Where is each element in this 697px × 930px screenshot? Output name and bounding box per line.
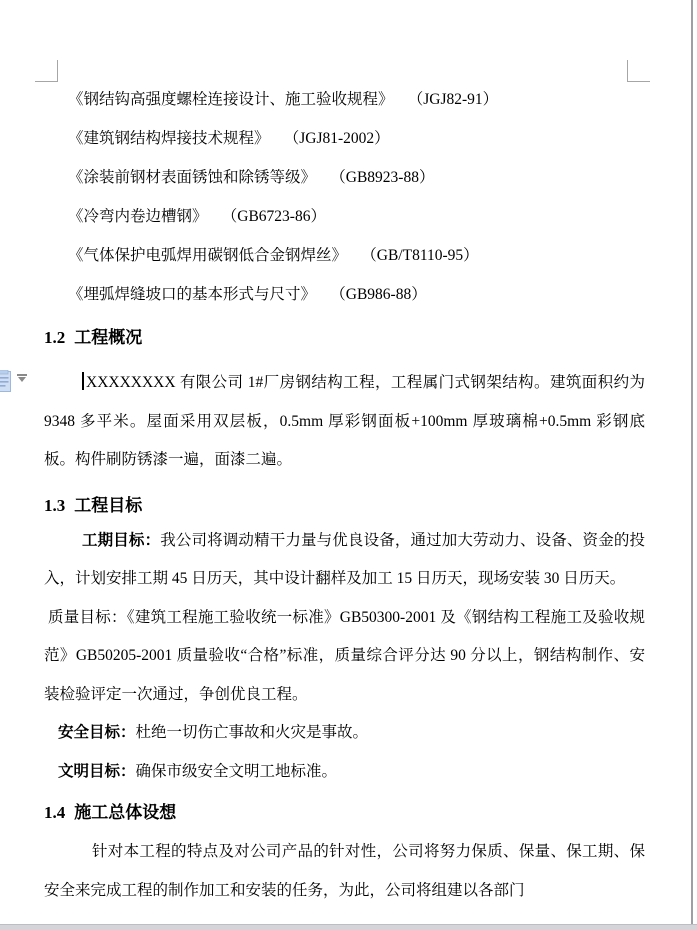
section-title: 施工总体设想 [74, 803, 176, 822]
paragraph-text: 针对本工程的特点及对公司产品的针对性，公司将努力保质、保量、保工期、保安全来完成… [44, 843, 645, 899]
section-number: 1.4 [44, 803, 65, 822]
standard-item: 《气体保护电弧焊用碳钢低合金钢焊丝》（GB/T8110-95） [68, 236, 645, 275]
section-heading-1-4: 1.4施工总体设想 [44, 797, 645, 829]
standard-code: （JGJ81-2002） [292, 130, 390, 147]
goal-safety: 安全目标：杜绝一切伤亡事故和火灾是事故。 [44, 714, 645, 753]
goal-label: 质量目标： [48, 609, 127, 626]
margin-crop-mark-right [627, 60, 650, 82]
standard-item: 《建筑钢结构焊接技术规程》（JGJ81-2002） [68, 119, 645, 158]
goal-civility: 文明目标：确保市级安全文明工地标准。 [44, 753, 645, 792]
section-title: 工程概况 [74, 328, 142, 347]
standard-title: 《涂装前钢材表面锈蚀和除锈等级》 [68, 169, 316, 186]
document-page: 《钢结钩高强度螺栓连接设计、施工验收规程》（JGJ82-91） 《建筑钢结构焊接… [0, 0, 697, 930]
standard-title: 《建筑钢结构焊接技术规程》 [68, 130, 270, 147]
goal-label: 安全目标： [58, 724, 136, 741]
standard-title: 《气体保护电弧焊用碳钢低合金钢焊丝》 [68, 247, 347, 264]
section-heading-1-3: 1.3工程目标 [44, 490, 645, 522]
goal-text: 杜绝一切伤亡事故和火灾是事故。 [136, 724, 369, 741]
paste-options-icon [0, 370, 14, 393]
page-right-border [691, 0, 693, 930]
window-bottom-edge [0, 924, 697, 930]
standard-title: 《冷弯内卷边槽钢》 [68, 208, 208, 225]
section-number: 1.2 [44, 328, 65, 347]
standard-code: （GB/T8110-95） [369, 247, 479, 264]
smart-tag-bar [17, 374, 27, 376]
standard-code: （GB8923-88） [338, 169, 434, 186]
standard-title: 《埋弧焊缝坡口的基本形式与尺寸》 [68, 286, 316, 303]
goal-text: 《建筑工程施工验收统一标准》GB50300-2001 及《钢结构工程施工及验收规… [44, 609, 645, 703]
goal-text: 确保市级安全文明工地标准。 [136, 763, 338, 780]
document-content: 《钢结钩高强度螺栓连接设计、施工验收规程》（JGJ82-91） 《建筑钢结构焊接… [44, 80, 645, 910]
standard-title: 《钢结钩高强度螺栓连接设计、施工验收规程》 [68, 91, 394, 108]
text-cursor [82, 372, 84, 390]
paragraph-text: XXXXXXXX 有限公司 1#厂房钢结构工程，工程属门式钢架结构。建筑面积约为… [44, 374, 645, 468]
goal-label: 工期目标： [82, 532, 160, 549]
goal-quality: 质量目标：《建筑工程施工验收统一标准》GB50300-2001 及《钢结构工程施… [44, 599, 645, 715]
section-heading-1-2: 1.2工程概况 [44, 322, 645, 354]
section-number: 1.3 [44, 496, 65, 515]
chevron-down-icon [18, 377, 26, 382]
standard-item: 《钢结钩高强度螺栓连接设计、施工验收规程》（JGJ82-91） [68, 80, 645, 119]
standard-item: 《埋弧焊缝坡口的基本形式与尺寸》（GB986-88） [68, 275, 645, 314]
paste-options-button[interactable] [0, 370, 27, 394]
standard-item: 《冷弯内卷边槽钢》（GB6723-86） [68, 197, 645, 236]
standard-code: （GB986-88） [338, 286, 427, 303]
section-title: 工程目标 [74, 496, 142, 515]
standard-code: （JGJ82-91） [416, 91, 499, 108]
margin-crop-mark-left [35, 60, 58, 82]
paragraph-project-overview: XXXXXXXX 有限公司 1#厂房钢结构工程，工程属门式钢架结构。建筑面积约为… [44, 364, 645, 480]
standards-list: 《钢结钩高强度螺栓连接设计、施工验收规程》（JGJ82-91） 《建筑钢结构焊接… [44, 80, 645, 314]
standard-code: （GB6723-86） [230, 208, 326, 225]
standard-item: 《涂装前钢材表面锈蚀和除锈等级》（GB8923-88） [68, 158, 645, 197]
goal-label: 文明目标： [58, 763, 136, 780]
paragraph-construction-concept: 针对本工程的特点及对公司产品的针对性，公司将努力保质、保量、保工期、保安全来完成… [44, 833, 645, 910]
goal-duration: 工期目标：我公司将调动精干力量与优良设备，通过加大劳动力、设备、资金的投入，计划… [44, 522, 645, 599]
